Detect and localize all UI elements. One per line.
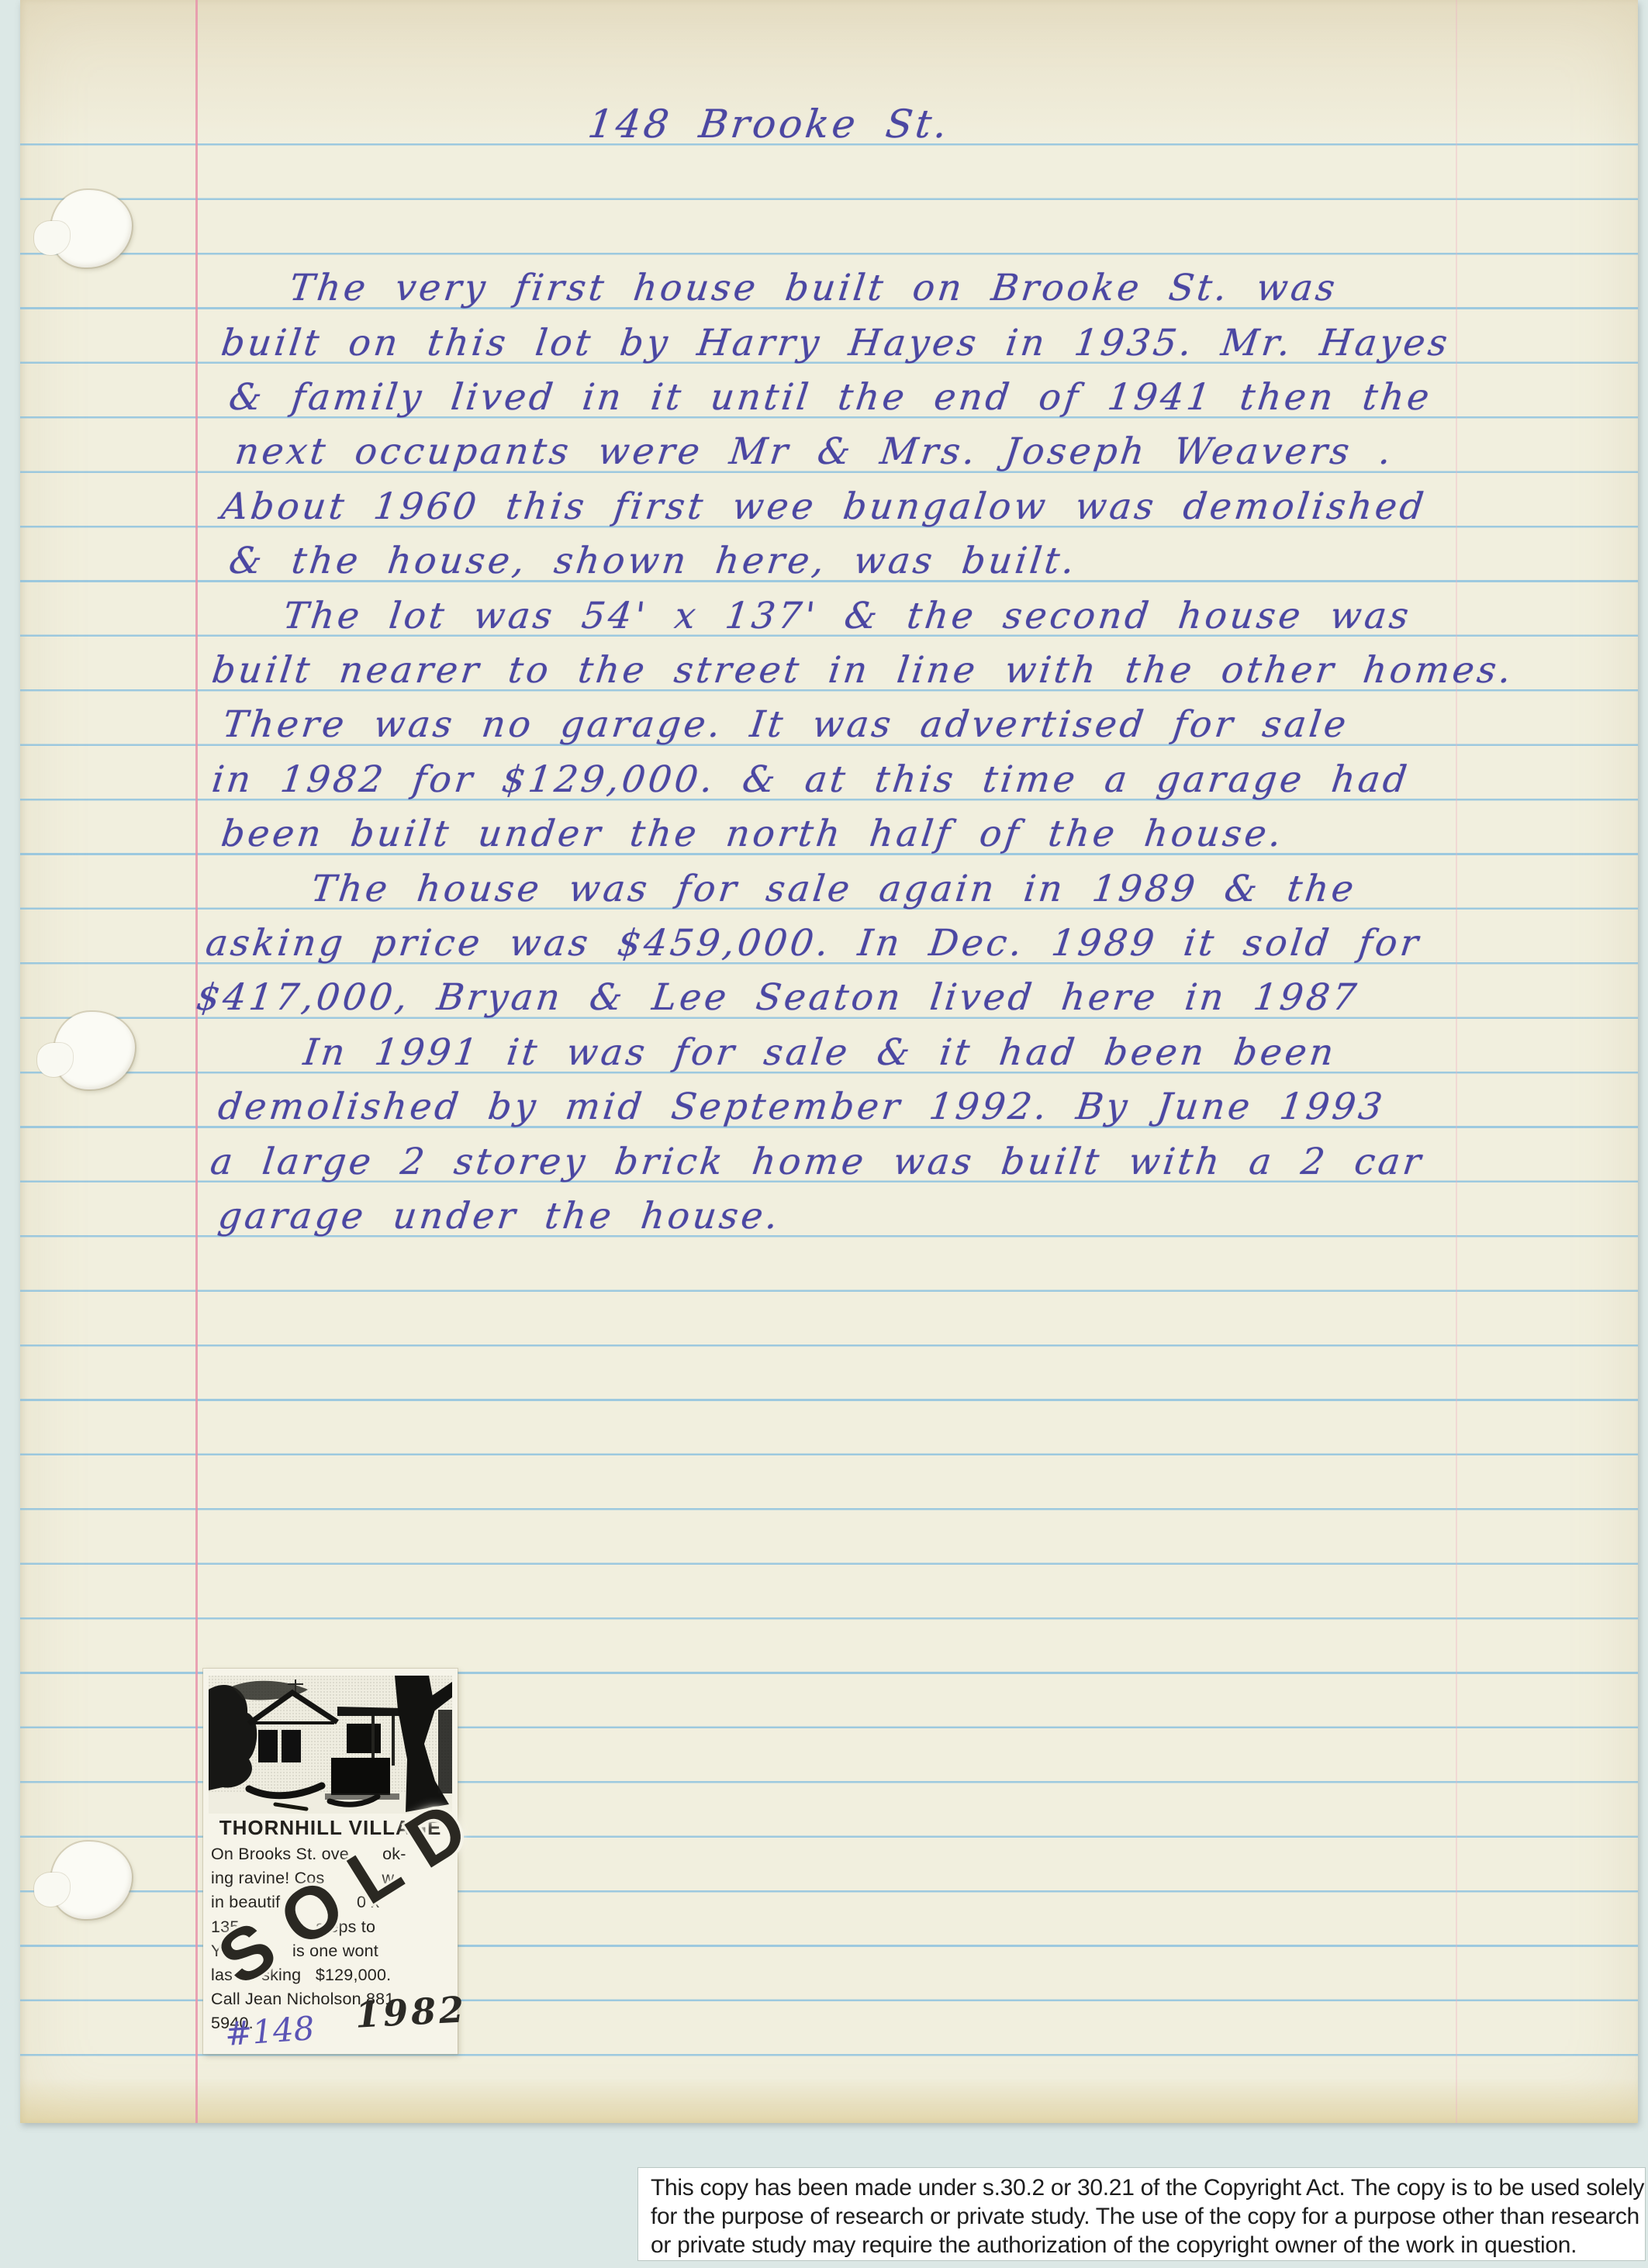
handwritten-line: demolished by mid September 1992. By Jun… (216, 1085, 1387, 1130)
copyright-notice-line: or private study may require the authori… (651, 2231, 1645, 2259)
handwritten-line: There was no garage. It was advertised f… (220, 702, 1352, 747)
handwritten-line: been built under the north half of the h… (219, 812, 1287, 857)
copyright-notice-line: for the purpose of research or private s… (651, 2202, 1645, 2231)
handwritten-line: & the house, shown here, was built. (226, 539, 1080, 584)
handwritten-line: next occupants were Mr & Mrs. Joseph Wea… (233, 430, 1397, 475)
handwritten-line: & family lived in it until the end of 19… (226, 375, 1435, 420)
paper-bottom-shading (20, 2078, 1638, 2123)
handwritten-line: The lot was 54' x 137' & the second hous… (281, 594, 1414, 639)
scanned-document-page: 148 Brooke St. The very first house buil… (0, 0, 1648, 2268)
faint-bleedthrough-margin-line (1456, 0, 1457, 2123)
handwritten-line: built nearer to the street in line with … (209, 648, 1516, 693)
handwritten-line: garage under the house. (216, 1194, 783, 1239)
handwritten-line: About 1960 this first wee bungalow was d… (219, 485, 1429, 530)
handwritten-line: The very first house built on Brooke St.… (287, 266, 1340, 311)
handwritten-house-number: #148 (223, 2009, 315, 2053)
page-title: 148 Brooke St. (586, 102, 952, 147)
handwritten-line: The house was for sale again in 1989 & t… (309, 867, 1359, 912)
handwritten-line: a large 2 storey brick home was built wi… (208, 1140, 1426, 1185)
copyright-notice-line: This copy has been made under s.30.2 or … (651, 2173, 1645, 2202)
handwritten-line: $417,000, Bryan & Lee Seaton lived here … (194, 975, 1362, 1020)
handwritten-line: in 1982 for $129,000. & at this time a g… (209, 758, 1412, 803)
handwritten-year: 1982 (354, 1988, 468, 2035)
handwritten-line: asking price was $459,000. In Dec. 1989 … (203, 921, 1424, 966)
copyright-notice: This copy has been made under s.30.2 or … (638, 2168, 1645, 2260)
newspaper-clipping: THORNHILL VILLAGE On Brooks St. ove ok- … (203, 1669, 458, 2054)
handwritten-line: In 1991 it was for sale & it had been be… (301, 1030, 1339, 1075)
red-margin-line (195, 0, 198, 2123)
handwritten-line: built on this lot by Harry Hayes in 1935… (219, 321, 1453, 366)
clipping-house-photo (209, 1676, 452, 1814)
